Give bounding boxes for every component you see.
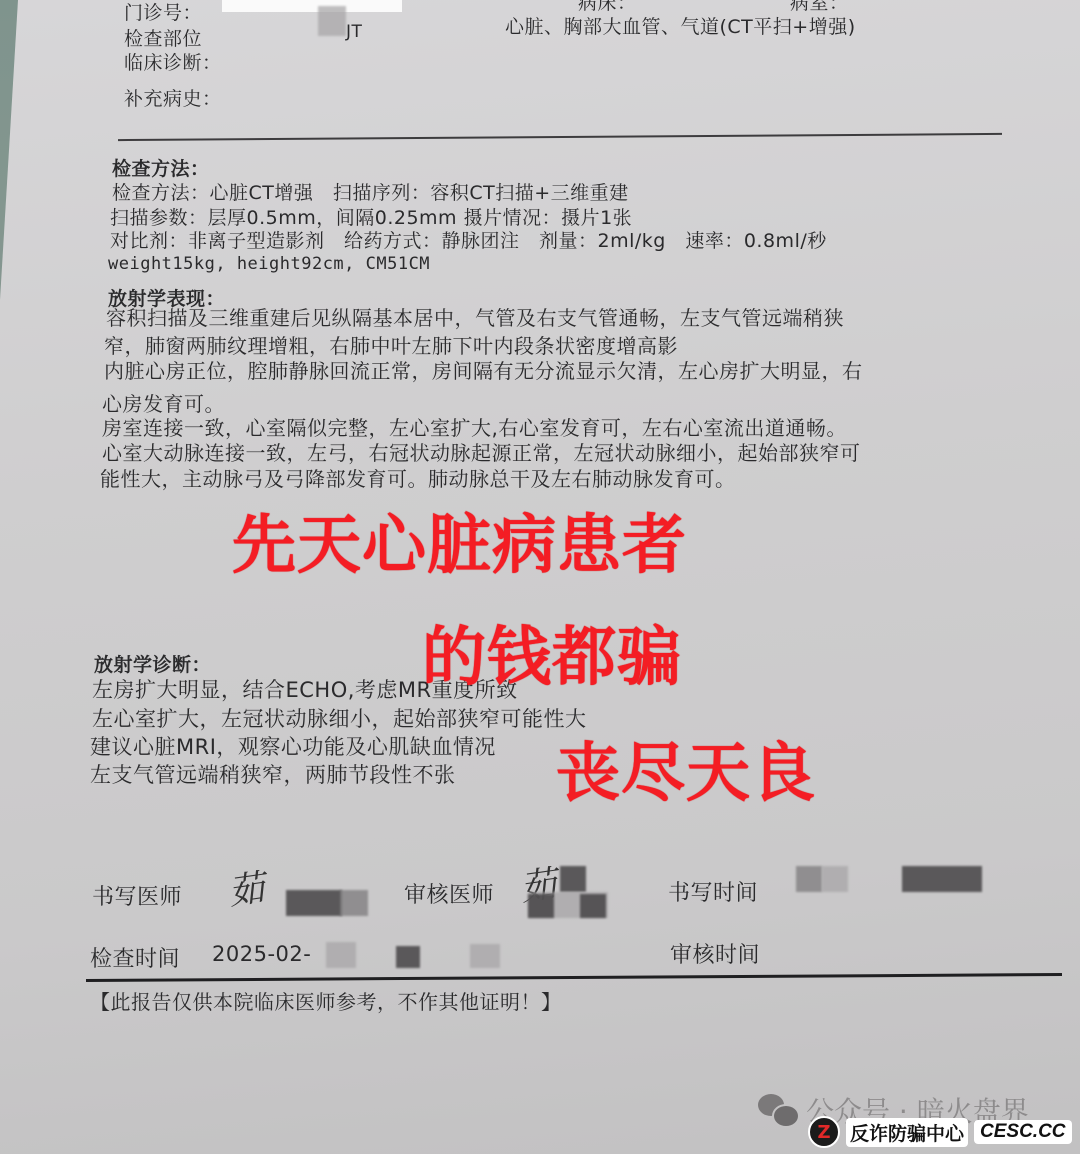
exam-method-line: 检查方法：心脏CT增强 扫描序列：容积CT扫描+三维重建 <box>112 178 629 205</box>
writing-doctor-signature: 茹 <box>225 860 268 916</box>
diagnosis-line: 左心室扩大，左冠状动脉细小，起始部狭窄可能性大 <box>92 703 587 733</box>
diagnosis-line: 建议心脏MRI，观察心功能及心肌缺血情况 <box>90 731 496 761</box>
redacted-date <box>396 946 420 968</box>
exam-part-fragment: JT <box>346 22 362 42</box>
anti-fraud-badge: Z 反诈防骗中心 CESC.CC <box>808 1116 1072 1148</box>
redacted-time <box>822 866 848 892</box>
reviewing-doctor-label: 审核医师 <box>404 878 494 909</box>
clinical-diagnosis-label: 临床诊断： <box>124 48 222 75</box>
medical-report-paper: 门诊号： 病床： 病室： 检查部位 JT 心脏、胸部大血管、气道(CT平扫+增强… <box>0 0 1080 1154</box>
section-divider <box>118 133 1002 141</box>
exam-part-label: 检查部位 <box>124 24 202 51</box>
overlay-caption-1: 先天心脏病患者 <box>232 494 687 586</box>
redacted-date <box>326 942 356 968</box>
exam-time-value: 2025-02- <box>212 942 311 966</box>
exam-method-line: weight15kg, height92cm, CM51CM <box>108 254 430 274</box>
wechat-icon <box>758 1094 798 1126</box>
redacted-time <box>902 866 982 892</box>
redacted-signature <box>560 866 586 892</box>
footer-divider <box>86 973 1062 982</box>
diagnosis-line: 左支气管远端稍狭窄，两肺节段性不张 <box>90 759 456 789</box>
exam-part-value: 心脏、胸部大血管、气道(CT平扫+增强) <box>505 12 856 39</box>
findings-line: 心室大动脉连接一致，左弓，右冠状动脉起源正常，左冠状动脉细小，起始部狭窄可 <box>102 437 861 466</box>
anti-fraud-logo-icon: Z <box>808 1116 840 1148</box>
findings-line: 内脏心房正位，腔肺静脉回流正常，房间隔有无分流显示欠清，左心房扩大明显，右 <box>104 355 863 384</box>
redacted-signature <box>286 890 342 916</box>
exam-method-heading: 检查方法： <box>112 154 210 181</box>
review-time-label: 审核时间 <box>670 938 760 969</box>
redacted-block <box>318 6 346 36</box>
overlay-caption-3: 丧尽天良 <box>556 722 816 814</box>
redacted-signature <box>528 894 554 918</box>
clinic-no-label: 门诊号： <box>124 0 202 25</box>
exam-method-line: 对比剂：非离子型造影剂 给药方式：静脉团注 剂量：2ml/kg 速率：0.8ml… <box>110 226 827 253</box>
redacted-signature <box>340 890 368 916</box>
redacted-clinic-no <box>222 0 402 12</box>
badge-name: 反诈防骗中心 <box>846 1118 968 1147</box>
findings-line: 容积扫描及三维重建后见纵隔基本居中，气管及右支气管通畅，左支气管远端稍狭 <box>106 302 844 331</box>
diagnosis-heading: 放射学诊断： <box>94 650 211 677</box>
writing-doctor-label: 书写医师 <box>92 880 182 911</box>
footer-note: 【此报告仅供本院临床医师参考，不作其他证明！】 <box>90 986 562 1015</box>
redacted-signature <box>580 894 606 918</box>
exam-time-label: 检查时间 <box>90 942 180 973</box>
supplementary-history-label: 补充病史： <box>124 84 222 111</box>
writing-time-label: 书写时间 <box>668 876 758 907</box>
redacted-time <box>796 866 822 892</box>
redacted-date <box>470 944 500 968</box>
findings-line: 能性大，主动脉弓及弓降部发育可。肺动脉总干及左右肺动脉发育可。 <box>100 463 736 492</box>
badge-site: CESC.CC <box>974 1120 1072 1144</box>
overlay-caption-2: 的钱都骗 <box>422 606 682 698</box>
